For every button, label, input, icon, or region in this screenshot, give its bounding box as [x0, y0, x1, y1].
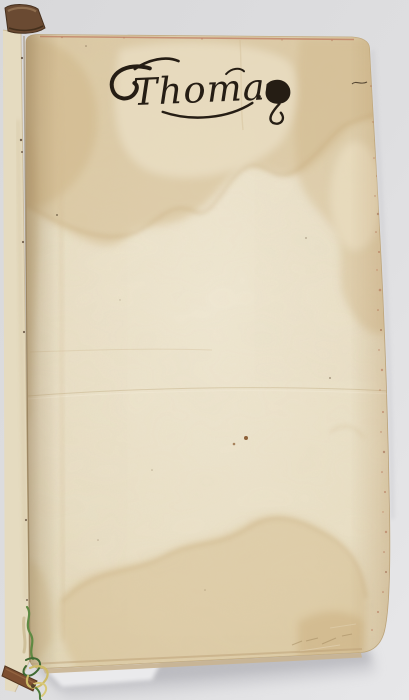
thread-knot [31, 684, 35, 688]
antique-book-flyleaf-photo: Thoma: [0, 0, 409, 700]
inscription-text: Thoma: [132, 65, 280, 114]
book-photo-stage: Thoma: [0, 0, 409, 700]
gutter-shadow [26, 34, 58, 670]
